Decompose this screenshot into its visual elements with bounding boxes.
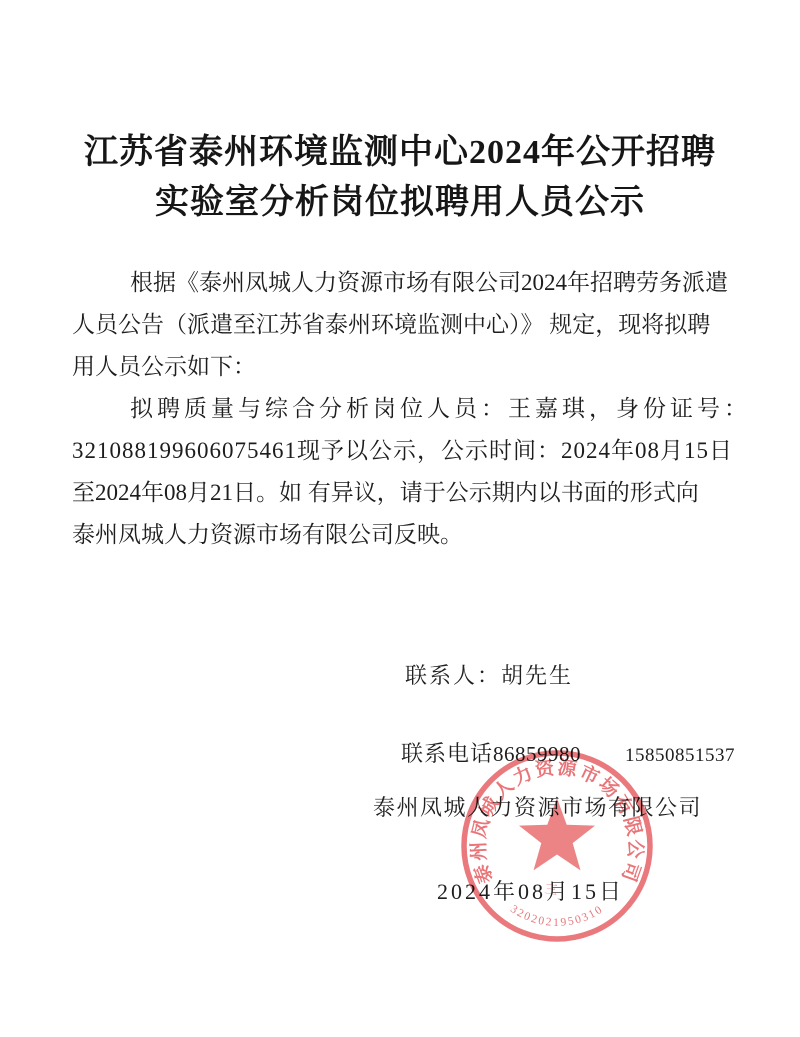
title-line-1: 江苏省泰州环境监测中心2024年公开招聘: [0, 128, 800, 178]
body-line-2: 人员公告（派遣至江苏省泰州环境监测中心）》 规定，现将拟聘: [72, 304, 732, 346]
contact-person-label: 联系人：: [405, 663, 501, 688]
contact-person-line: 联系人：胡先生: [375, 633, 573, 716]
body-line-5: 321088199606075461现予以公示，公示时间：2024年08月15日: [72, 430, 732, 472]
body-line-6: 至2024年08月21日。如 有异议，请于公示期内以书面的形式向: [72, 472, 732, 514]
title-line-2: 实验室分析岗位拟聘用人员公示: [0, 178, 800, 228]
notice-body: 根据《泰州凤城人力资源市场有限公司2024年招聘劳务派遣 人员公告（派遣至江苏省…: [72, 262, 732, 556]
notice-document-page: 江苏省泰州环境监测中心2024年公开招聘 实验室分析岗位拟聘用人员公示 根据《泰…: [0, 0, 800, 1037]
body-line-1: 根据《泰州凤城人力资源市场有限公司2024年招聘劳务派遣: [72, 262, 732, 304]
body-line-4: 拟聘质量与综合分析岗位人员：王嘉琪，身份证号：: [72, 388, 732, 430]
document-title: 江苏省泰州环境监测中心2024年公开招聘 实验室分析岗位拟聘用人员公示: [0, 128, 800, 228]
seal-star-icon: [519, 798, 595, 870]
body-line-7: 泰州凤城人力资源市场有限公司反映。: [72, 514, 732, 556]
seal-center-mark: 三: [544, 881, 559, 898]
seal-serial-number: 3202021950310: [508, 903, 606, 929]
official-company-seal: 泰州凤城人力资源市场有限公司 3202021950310 三: [458, 747, 656, 945]
contact-person-name: 胡先生: [501, 663, 573, 688]
body-line-3: 用人员公示如下：: [72, 346, 732, 388]
